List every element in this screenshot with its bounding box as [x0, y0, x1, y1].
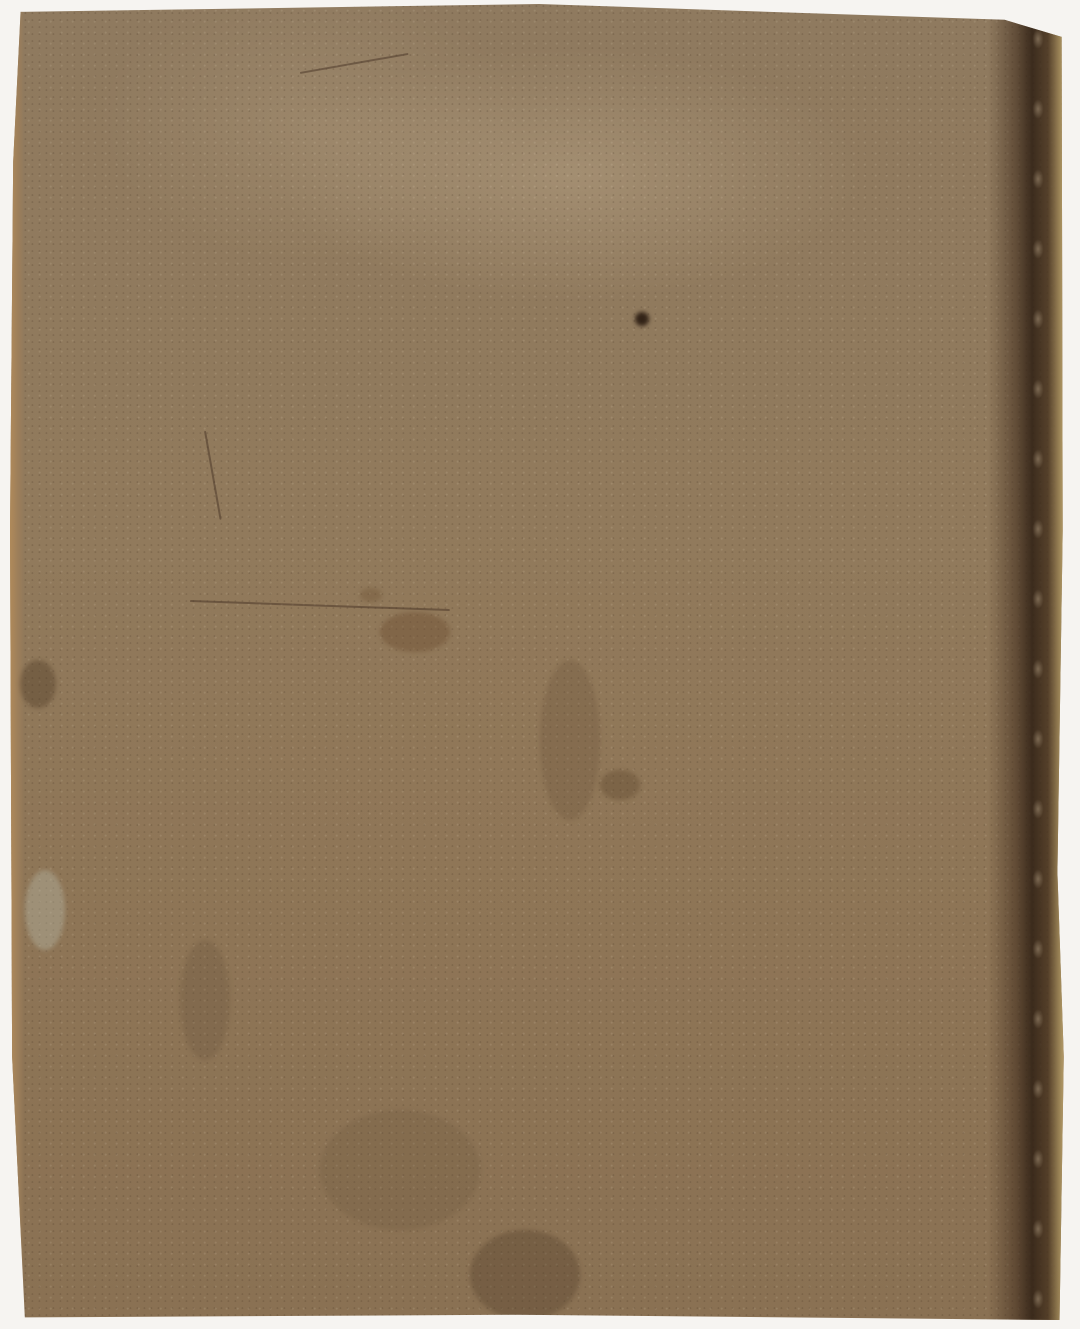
stain-mark — [635, 312, 649, 326]
cardboard-cover — [10, 4, 1068, 1320]
cover-left-edge — [10, 4, 24, 1320]
stain-mark — [540, 660, 600, 820]
stain-mark — [20, 660, 56, 708]
paper-grain-texture — [10, 4, 1068, 1320]
stain-mark — [360, 588, 382, 602]
stain-mark — [380, 612, 450, 652]
stain-mark — [600, 770, 640, 800]
stain-mark — [25, 870, 65, 950]
stain-mark — [470, 1230, 580, 1320]
stain-mark — [180, 940, 230, 1060]
stain-mark — [320, 1110, 480, 1230]
spine-wear-chips — [1018, 4, 1058, 1320]
